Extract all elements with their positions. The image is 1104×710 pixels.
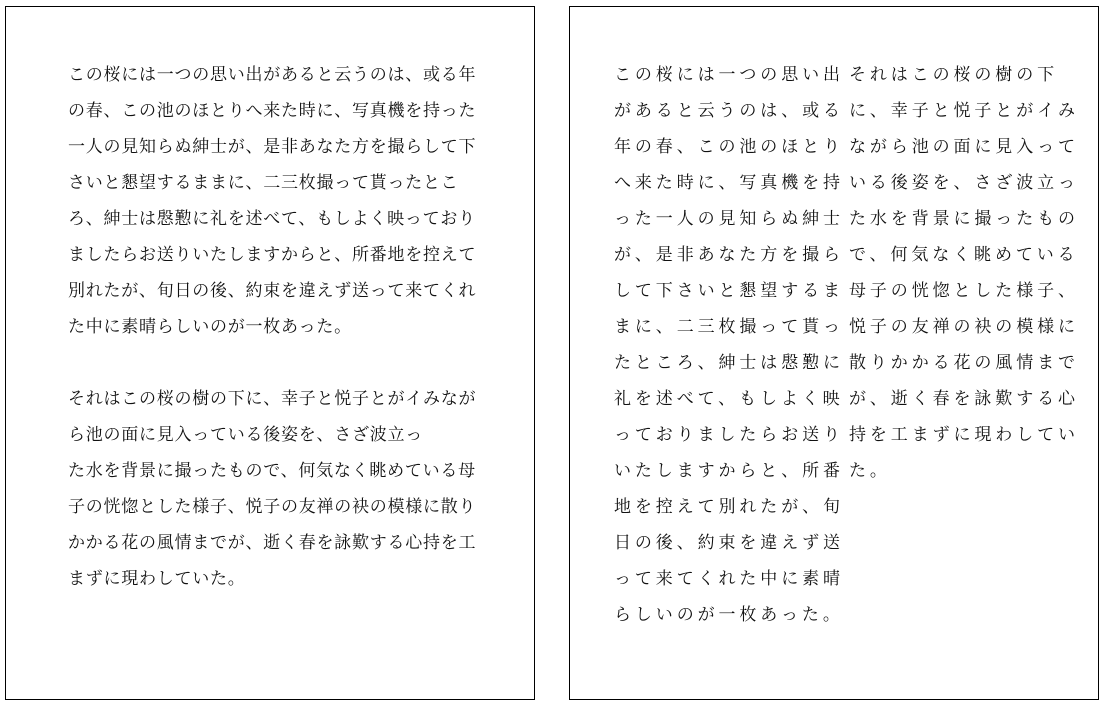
text-line: たところ、紳士は慇懃に xyxy=(614,353,844,373)
text-line: 日の後、約束を違えず送 xyxy=(614,533,844,553)
text-line: 地を控えて別れたが、旬 xyxy=(614,497,844,517)
text-line: それはこの桜の樹の下 xyxy=(849,65,1058,85)
text-line: この桜には一つの思い出 xyxy=(614,65,844,85)
text-line: 子の恍惚とした様子、悦子の友禅の袂の模様に散り xyxy=(68,497,476,517)
text-line: が、是非あなた方を撮ら xyxy=(614,245,844,265)
text-line: いる後姿を、さざ波立っ xyxy=(849,173,1079,193)
text-line: っておりましたらお送り xyxy=(614,425,844,445)
text-line: いたしますからと、所番 xyxy=(614,461,844,481)
text-line: ましたらお送りいたしますからと、所番地を控えて xyxy=(68,245,476,265)
text-line: へ来た時に、写真機を持 xyxy=(614,173,844,193)
text-line: た水を背景に撮ったもので、何気なく眺めている母 xyxy=(68,461,476,481)
text-line: それはこの桜の樹の下に、幸子と悦子とがイみなが xyxy=(68,389,476,409)
text-line: まに、二三枚撮って貰っ xyxy=(614,317,844,337)
text-line: の春、この池のほとりへ来た時に、写真機を持った xyxy=(68,101,476,121)
text-line: た。 xyxy=(849,461,891,481)
text-line: この桜には一つの思い出があると云うのは、或る年 xyxy=(68,65,476,85)
text-line: 礼を述べて、もしよく映 xyxy=(614,389,844,409)
text-line: らしいのが一枚あった。 xyxy=(614,605,844,625)
text-line: 一人の見知らぬ紳士が、是非あなた方を撮らして下 xyxy=(68,137,476,157)
text-line: で、何気なく眺めている xyxy=(849,245,1079,265)
text-line: して下さいと懇望するま xyxy=(614,281,844,301)
text-line: 持を工まずに現わしてい xyxy=(849,425,1079,445)
text-line: 散りかかる花の風情まで xyxy=(849,353,1079,373)
text-line: まずに現わしていた。 xyxy=(68,569,246,589)
text-line: た中に素晴らしいのが一枚あった。 xyxy=(68,317,352,337)
text-line: 母子の恍惚とした様子、 xyxy=(849,281,1079,301)
text-line: った一人の見知らぬ紳士 xyxy=(614,209,844,229)
text-line: 年の春、この池のほとり xyxy=(614,137,844,157)
text-line: ろ、紳士は慇懃に礼を述べて、もしよく映っており xyxy=(68,209,476,229)
right-page: この桜には一つの思い出 があると云うのは、或る 年の春、この池のほとり へ来た時… xyxy=(569,6,1099,700)
text-line: ながら池の面に見入って xyxy=(849,137,1079,157)
text-line: に、幸子と悦子とがイみ xyxy=(849,101,1079,121)
text-line: さいと懇望するままに、二三枚撮って貰ったとこ xyxy=(68,173,459,193)
left-page: この桜には一つの思い出があると云うのは、或る年 の春、この池のほとりへ来た時に、… xyxy=(5,6,535,700)
text-line: ら池の面に見入っている後姿を、さざ波立っ xyxy=(68,425,423,445)
text-line: 悦子の友禅の袂の模様に xyxy=(849,317,1079,337)
text-line: が、逝く春を詠歎する心 xyxy=(849,389,1079,409)
text-line: かかる花の風情までが、逝く春を詠歎する心持を工 xyxy=(68,533,476,553)
text-line: 別れたが、旬日の後、約束を違えず送って来てくれ xyxy=(68,281,476,301)
text-line: た水を背景に撮ったもの xyxy=(849,209,1079,229)
text-line: って来てくれた中に素晴 xyxy=(614,569,844,589)
text-line: があると云うのは、或る xyxy=(614,101,844,121)
